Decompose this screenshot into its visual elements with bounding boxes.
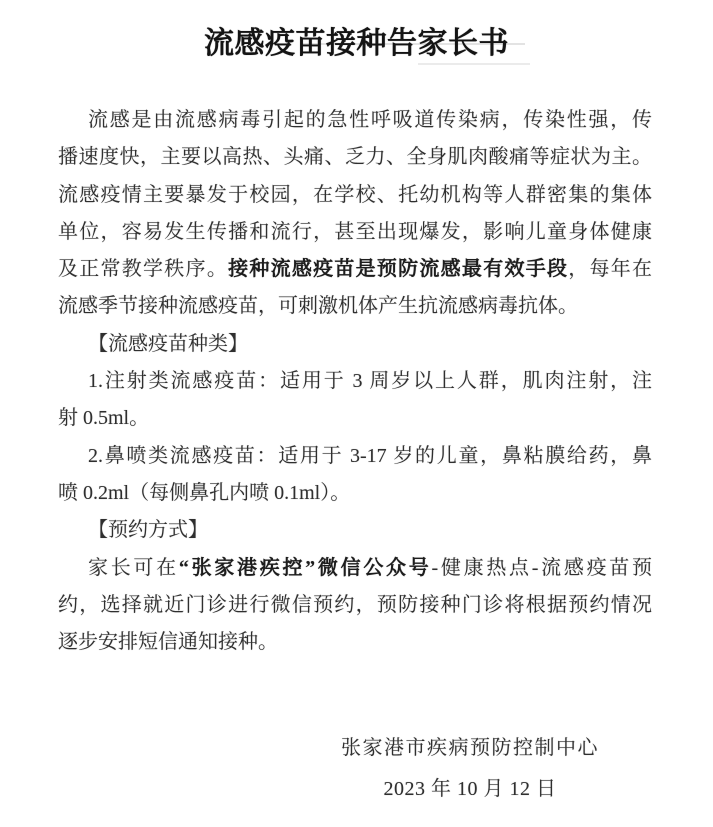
- body-text: 流感季节接种流感疫苗，可刺激机体产生抗流感病毒抗体。: [58, 295, 578, 317]
- section-heading-vaccine-types: 【流感疫苗种类】: [58, 326, 652, 363]
- section-heading-text: 【预约方式】: [88, 519, 208, 541]
- body-line: 约，选择就近门诊进行微信预约，预防接种门诊将根据预约情况: [58, 587, 652, 624]
- body-text: 射 0.5ml。: [58, 407, 149, 429]
- body-line: 及正常教学秩序。接种流感疫苗是预防流感最有效手段，每年在: [58, 251, 652, 288]
- signature-date: 2023 年 10 月 12 日: [300, 774, 640, 804]
- signature-organization: 张家港市疾病预防控制中心: [300, 733, 640, 763]
- section-heading-text: 【流感疫苗种类】: [88, 333, 248, 355]
- body-text: 逐步安排短信通知接种。: [58, 631, 278, 653]
- signature-block: 张家港市疾病预防控制中心 2023 年 10 月 12 日: [0, 733, 713, 804]
- emphasis-text: 接种流感疫苗是预防流感最有效手段: [228, 258, 568, 280]
- body-text: 约，选择就近门诊进行微信预约，预防接种门诊将根据预约情况: [58, 594, 652, 616]
- body-line: 喷 0.2ml（每侧鼻孔内喷 0.1ml）。: [58, 475, 652, 512]
- body-line: 单位，容易发生传播和流行，甚至出现爆发，影响儿童身体健康: [58, 214, 652, 251]
- body-line: 1.注射类流感疫苗：适用于 3 周岁以上人群，肌肉注射，注: [58, 363, 652, 400]
- body-text: -健康热点-流感疫苗预: [432, 557, 653, 579]
- body-line: 逐步安排短信通知接种。: [58, 624, 652, 661]
- document-body: 流感是由流感病毒引起的急性呼吸道传染病，传染性强，传 播速度快，主要以高热、头痛…: [58, 102, 652, 661]
- body-text: 2.鼻喷类流感疫苗：适用于 3-17 岁的儿童，鼻粘膜给药，鼻: [88, 445, 652, 467]
- body-text: ，每年在: [568, 258, 652, 280]
- body-line: 2.鼻喷类流感疫苗：适用于 3-17 岁的儿童，鼻粘膜给药，鼻: [58, 438, 652, 475]
- document-page: 流感疫苗接种告家长书 流感是由流感病毒引起的急性呼吸道传染病，传染性强，传 播速…: [0, 0, 713, 827]
- body-line: 播速度快，主要以高热、头痛、乏力、全身肌肉酸痛等症状为主。: [58, 139, 652, 176]
- body-text: 家长可在: [88, 557, 179, 579]
- body-text: 喷 0.2ml（每侧鼻孔内喷 0.1ml）。: [58, 482, 350, 504]
- body-text: 1.注射类流感疫苗：适用于 3 周岁以上人群，肌肉注射，注: [88, 370, 652, 392]
- body-line: 流感疫情主要暴发于校园，在学校、托幼机构等人群密集的集体: [58, 177, 652, 214]
- body-text: 播速度快，主要以高热、头痛、乏力、全身肌肉酸痛等症状为主。: [58, 146, 652, 168]
- body-line: 流感季节接种流感疫苗，可刺激机体产生抗流感病毒抗体。: [58, 288, 652, 325]
- section-heading-booking-method: 【预约方式】: [58, 512, 652, 549]
- emphasis-text: “张家港疾控”微信公众号: [179, 557, 432, 579]
- page-title: 流感疫苗接种告家长书: [0, 0, 713, 65]
- body-text: 单位，容易发生传播和流行，甚至出现爆发，影响儿童身体健康: [58, 221, 652, 243]
- body-line: 流感是由流感病毒引起的急性呼吸道传染病，传染性强，传: [58, 102, 652, 139]
- body-line: 射 0.5ml。: [58, 400, 652, 437]
- body-line: 家长可在“张家港疾控”微信公众号-健康热点-流感疫苗预: [58, 550, 652, 587]
- body-text: 流感是由流感病毒引起的急性呼吸道传染病，传染性强，传: [88, 109, 652, 131]
- body-text: 及正常教学秩序。: [58, 258, 228, 280]
- body-text: 流感疫情主要暴发于校园，在学校、托幼机构等人群密集的集体: [58, 184, 652, 206]
